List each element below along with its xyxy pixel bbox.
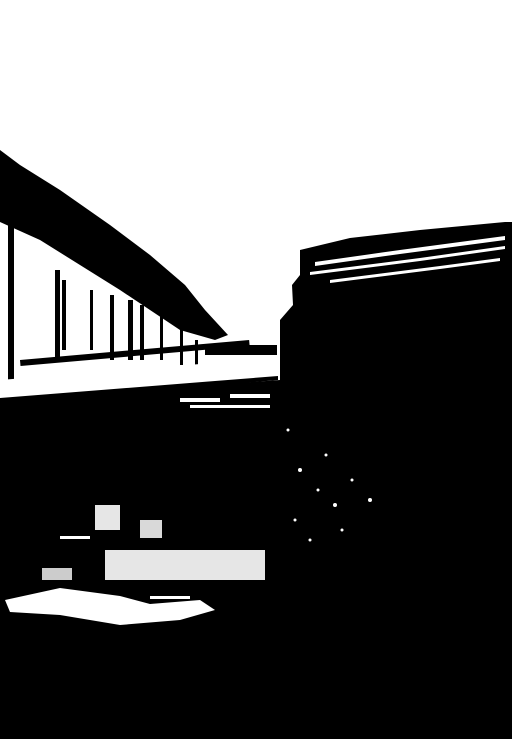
distant-roof xyxy=(205,345,277,355)
right-house xyxy=(280,222,512,739)
photo-canvas xyxy=(0,0,512,739)
photo-scene xyxy=(0,0,512,739)
